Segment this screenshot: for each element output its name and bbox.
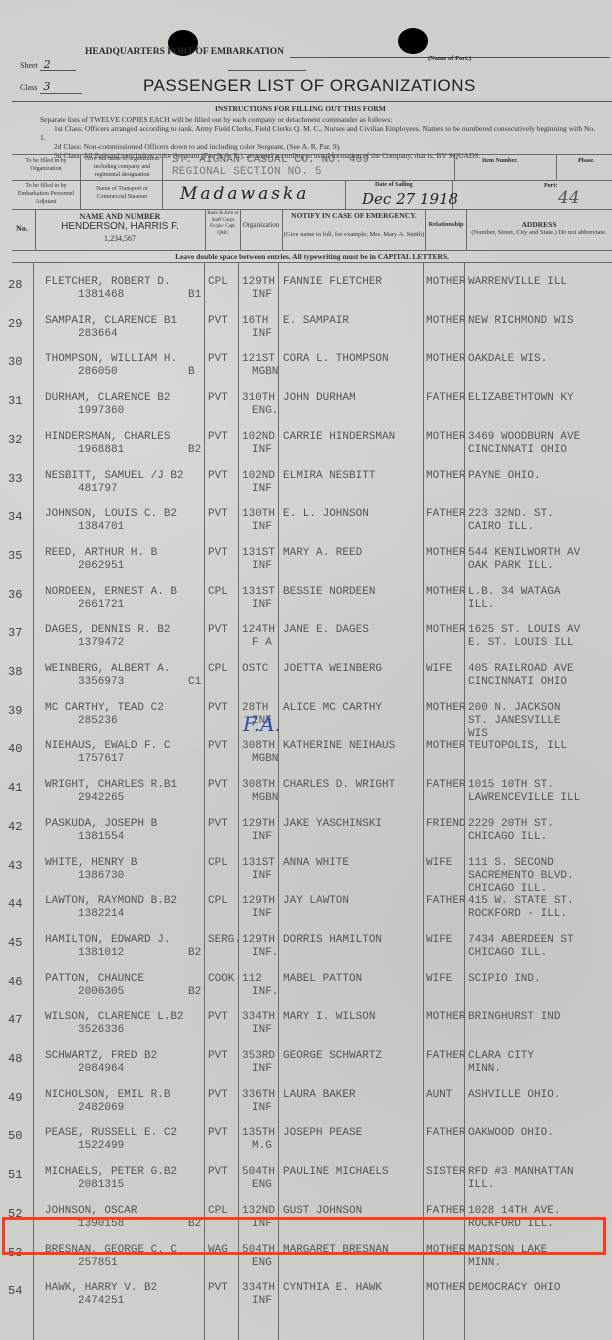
table-row: 45HAMILTON, EDWARD J.1381012B2SERG.129TH… <box>0 932 612 970</box>
service-number: 1968881 <box>78 444 124 456</box>
organization: 130TH <box>242 508 275 520</box>
row-number: 40 <box>8 742 22 756</box>
address-line1: OAKDALE WIS. <box>468 353 547 365</box>
service-number: 3526336 <box>78 1024 124 1036</box>
organization: OSTC <box>242 663 268 675</box>
rank: PVT <box>208 702 228 714</box>
address-line2: LAWRENCEVILLE ILL <box>468 792 580 804</box>
row-number: 39 <box>8 704 22 718</box>
column-rank: Rank & Arm or Staff Corps Ex'ple: Capt. … <box>206 211 240 237</box>
table-row: 54HAWK, HARRY V. B22474251PVT334THINFCYN… <box>0 1280 612 1318</box>
address-line2: CAIRO ILL. <box>468 521 534 533</box>
passenger-name: PASKUDA, JOSEPH B <box>45 818 157 830</box>
row-number: 50 <box>8 1129 22 1143</box>
service-number: 2474251 <box>78 1295 124 1307</box>
column-name-header: NAME AND NUMBER <box>36 212 204 221</box>
relationship: MOTHER <box>426 740 466 752</box>
row-number: 45 <box>8 936 22 950</box>
passenger-name: SCHWARTZ, FRED B2 <box>45 1050 157 1062</box>
org-name-label: Give full name of organization including… <box>82 155 162 179</box>
item-number-label: Item Number. <box>482 157 518 165</box>
passenger-name: NIEHAUS, EWALD F. C <box>45 740 170 752</box>
passenger-name: LAWTON, RAYMOND B.B2 <box>45 895 177 907</box>
address-line2: MINN. <box>468 1257 501 1269</box>
emergency-contact: CARRIE HINDERSMAN <box>283 431 395 443</box>
relationship: SISTER <box>426 1166 466 1178</box>
address-line2: SACREMENTO BLVD. <box>468 870 574 882</box>
column-organization: Organization <box>242 220 280 230</box>
punch-hole <box>398 28 428 54</box>
emergency-contact: MARY I. WILSON <box>283 1011 375 1023</box>
row-number: 49 <box>8 1091 22 1105</box>
address-line1: OAKWOOD OHIO. <box>468 1127 554 1139</box>
organization-branch: ENG. <box>252 405 278 417</box>
organization: 16TH <box>242 315 268 327</box>
column-relationship: Relationship <box>427 220 465 229</box>
passenger-name: REED, ARTHUR H. B <box>45 547 157 559</box>
emergency-contact: JOHN DURHAM <box>283 392 356 404</box>
emergency-contact: CORA L. THOMPSON <box>283 353 389 365</box>
row-number: 28 <box>8 278 22 292</box>
table-row: 31DURHAM, CLARENCE B21997360PVT310THENG.… <box>0 390 612 428</box>
emergency-contact: JOSEPH PEASE <box>283 1127 362 1139</box>
organization-branch: MGBN <box>252 366 278 378</box>
organization-branch: INF <box>252 870 272 882</box>
emergency-contact: PAULINE MICHAELS <box>283 1166 389 1178</box>
organization-branch: MGBN <box>252 753 278 765</box>
row-number: 36 <box>8 588 22 602</box>
organization: 132ND <box>242 1205 275 1217</box>
table-row: 51MICHAELS, PETER G.B22081315PVT504THENG… <box>0 1164 612 1202</box>
organization-branch: M.G <box>252 1140 272 1152</box>
table-row: 47WILSON, CLARENCE L.B23526336PVT334THIN… <box>0 1009 612 1047</box>
rank: CPL <box>208 586 228 598</box>
passenger-name: WEINBERG, ALBERT A. <box>45 663 170 675</box>
row-number: 54 <box>8 1284 22 1298</box>
organization: 334TH <box>242 1011 275 1023</box>
table-row: 36NORDEEN, ERNEST A. B2661721CPL131STINF… <box>0 584 612 622</box>
rank: CPL <box>208 895 228 907</box>
relationship: WIFE <box>426 663 452 675</box>
service-number: 2942265 <box>78 792 124 804</box>
organization-branch: INF <box>252 483 272 495</box>
relationship: MOTHER <box>426 1282 466 1294</box>
emergency-contact: CHARLES D. WRIGHT <box>283 779 395 791</box>
relationship: FRIEND <box>426 818 466 830</box>
organization: 129TH <box>242 934 275 946</box>
passenger-name: HAMILTON, EDWARD J. <box>45 934 170 946</box>
rank: PVT <box>208 547 228 559</box>
transport-value: Madawaska <box>180 184 309 204</box>
organization: 131ST <box>242 586 275 598</box>
service-number: 257851 <box>78 1257 118 1269</box>
footer-note: Leave double space between entries. All … <box>12 252 612 261</box>
rank: PVT <box>208 1127 228 1139</box>
rank: PVT <box>208 1166 228 1178</box>
relationship: FATHER <box>426 895 466 907</box>
row-number: 47 <box>8 1013 22 1027</box>
service-number: 2482069 <box>78 1102 124 1114</box>
rank: PVT <box>208 624 228 636</box>
organization-branch: MGBN <box>252 792 278 804</box>
relationship: WIFE <box>426 857 452 869</box>
port-value: 44 <box>558 188 580 208</box>
address-line1: 544 KENILWORTH AV <box>468 547 580 559</box>
table-row: 44LAWTON, RAYMOND B.B21382214CPL129THINF… <box>0 893 612 931</box>
address-line2: CINCINNATI OHIO <box>468 676 567 688</box>
table-row: 30THOMPSON, WILLIAM H.286050BPVT121STMGB… <box>0 351 612 389</box>
service-number: 1382214 <box>78 908 124 920</box>
row-number: 30 <box>8 355 22 369</box>
organization: 112 <box>242 973 262 985</box>
organization-branch: INF <box>252 599 272 611</box>
table-row: 41WRIGHT, CHARLES R.B12942265PVT308THMGB… <box>0 777 612 815</box>
service-number: 2084964 <box>78 1063 124 1075</box>
column-address-note: (Number, Street, City and State.) Do not… <box>468 229 610 237</box>
address-line2: ROCKFORD - ILL. <box>468 908 567 920</box>
organization-branch: INF. <box>252 947 278 959</box>
service-number: 1386730 <box>78 870 124 882</box>
emergency-contact: CYNTHIA E. HAWK <box>283 1282 382 1294</box>
passenger-class: B2 <box>188 986 201 998</box>
column-notify-example: (Give name in full, for example; Mrs. Ma… <box>283 231 425 239</box>
instruction-line: 2d Class: Non-commissioned Officers down… <box>40 142 600 151</box>
passenger-name: DAGES, DENNIS R. B2 <box>45 624 170 636</box>
table-row: 39MC CARTHY, TEAD C2285236PVT28THINFALIC… <box>0 700 612 738</box>
rank: PVT <box>208 1282 228 1294</box>
row-number: 51 <box>8 1168 22 1182</box>
service-number: 283664 <box>78 328 118 340</box>
table-row: 28FLETCHER, ROBERT D.1381468B1CPL129THIN… <box>0 274 612 312</box>
organization: 308TH <box>242 779 275 791</box>
address-line2: ILL. <box>468 599 494 611</box>
service-number: 3356973 <box>78 676 124 688</box>
organization: 131ST <box>242 857 275 869</box>
organization-branch: INF <box>252 328 272 340</box>
headquarters-heading: HEADQUARTERS PORT OF EMBARKATION <box>85 47 284 57</box>
date-of-sailing-label: Date of Sailing <box>375 181 413 189</box>
address-line1: 1028 14TH AVE. <box>468 1205 560 1217</box>
address-line1: 405 RAILROAD AVE <box>468 663 574 675</box>
table-row: 46PATTON, CHAUNCE2006305B2COOK112INF.MAB… <box>0 971 612 1009</box>
row-number: 34 <box>8 510 22 524</box>
passenger-name: NORDEEN, ERNEST A. B <box>45 586 177 598</box>
rank: PVT <box>208 1050 228 1062</box>
instruction-line: 1st Class: Officers arranged according t… <box>40 124 600 142</box>
service-number: 1381012 <box>78 947 124 959</box>
passenger-name: WHITE, HENRY B <box>45 857 137 869</box>
rank: CPL <box>208 663 228 675</box>
class-value: 3 <box>43 80 50 93</box>
rank: PVT <box>208 818 228 830</box>
emergency-contact: ALICE MC CARTHY <box>283 702 382 714</box>
name-of-port-label: (Name of Port.) <box>428 55 471 62</box>
org-name-line1: ST. AIGNAN CASUAL CO. NO. 409 <box>172 154 369 166</box>
organization-branch: ENG <box>252 1257 272 1269</box>
organization-branch: INF <box>252 908 272 920</box>
organization-branch: INF <box>252 831 272 843</box>
relationship: FATHER <box>426 1205 466 1217</box>
address-line1: NEW RICHMOND WIS <box>468 315 574 327</box>
table-row: 33NESBITT, SAMUEL /J B2481797PVT102NDINF… <box>0 468 612 506</box>
organization-branch: INF <box>252 289 272 301</box>
instructions-heading: INSTRUCTIONS FOR FILLING OUT THIS FORM <box>215 104 386 113</box>
emergency-contact: E. L. JOHNSON <box>283 508 369 520</box>
service-number: 1522499 <box>78 1140 124 1152</box>
rank: PVT <box>208 392 228 404</box>
passenger-name: MC CARTHY, TEAD C2 <box>45 702 164 714</box>
organization-branch: INF <box>252 1102 272 1114</box>
phase-label: Phase. <box>578 157 595 165</box>
table-row: 38WEINBERG, ALBERT A.3356973C1CPLOSTCJOE… <box>0 661 612 699</box>
address-line1: 111 S. SECOND <box>468 857 554 869</box>
rank: PVT <box>208 353 228 365</box>
organization: 129TH <box>242 818 275 830</box>
address-line2: ST. JANESVILLE <box>468 715 560 727</box>
address-line1: DEMOCRACY OHIO <box>468 1282 560 1294</box>
emergency-contact: JANE E. DAGES <box>283 624 369 636</box>
date-of-sailing-value: Dec 27 1918 <box>362 190 458 208</box>
passenger-class: C1 <box>188 676 201 688</box>
address-line2: ILL. <box>468 1179 494 1191</box>
address-line1: TEUTOPOLIS, ILL <box>468 740 567 752</box>
passenger-class: B1 <box>188 289 201 301</box>
row-number: 44 <box>8 897 22 911</box>
table-row: 49NICHOLSON, EMIL R.B2482069PVT336THINFL… <box>0 1087 612 1125</box>
table-row: 35REED, ARTHUR H. B2062951PVT131STINFMAR… <box>0 545 612 583</box>
instruction-line: Separate lists of TWELVE COPIES EACH wil… <box>40 115 600 124</box>
passenger-name: SAMPAIR, CLARENCE B1 <box>45 315 177 327</box>
address-line1: 3469 WOODBURN AVE <box>468 431 580 443</box>
emergency-contact: MARY A. REED <box>283 547 362 559</box>
passenger-name: JOHNSON, OSCAR <box>45 1205 137 1217</box>
table-row: 43WHITE, HENRY B1386730CPL131STINFANNA W… <box>0 855 612 893</box>
address-line1: 1015 10TH ST. <box>468 779 554 791</box>
emergency-contact: ANNA WHITE <box>283 857 349 869</box>
organization: 135TH <box>242 1127 275 1139</box>
table-row: 34JOHNSON, LOUIS C. B21384701PVT130THINF… <box>0 506 612 544</box>
relationship: MOTHER <box>426 547 466 559</box>
filled-by-embark-label: To be filled in by Embarkation Personnel… <box>14 182 78 206</box>
row-number: 29 <box>8 317 22 331</box>
relationship: AUNT <box>426 1089 452 1101</box>
address-line1: ELIZABETHTOWN KY <box>468 392 574 404</box>
organization-branch: INF <box>252 444 272 456</box>
passenger-name: PEASE, RUSSELL E. C2 <box>45 1127 177 1139</box>
address-line1: L.B. 34 WATAGA <box>468 586 560 598</box>
relationship: MOTHER <box>426 624 466 636</box>
address-line1: PAYNE OHIO. <box>468 470 541 482</box>
relationship: MOTHER <box>426 470 466 482</box>
organization: 336TH <box>242 1089 275 1101</box>
passenger-name: NICHOLSON, EMIL R.B <box>45 1089 170 1101</box>
service-number: 2062951 <box>78 560 124 572</box>
rank: PVT <box>208 779 228 791</box>
column-name-example: HENDERSON, HARRIS F. <box>36 221 204 232</box>
organization: 310TH <box>242 392 275 404</box>
service-number: 1381554 <box>78 831 124 843</box>
organization: 353RD <box>242 1050 275 1062</box>
address-line2: E. ST. LOUIS ILL <box>468 637 574 649</box>
passenger-class: B <box>188 366 195 378</box>
service-number: 2661721 <box>78 599 124 611</box>
table-row: 50PEASE, RUSSELL E. C21522499PVT135THM.G… <box>0 1125 612 1163</box>
organization-branch: INF <box>252 1063 272 1075</box>
passenger-name: JOHNSON, LOUIS C. B2 <box>45 508 177 520</box>
table-row: 48SCHWARTZ, FRED B22084964PVT353RDINFGEO… <box>0 1048 612 1086</box>
relationship: FATHER <box>426 392 466 404</box>
service-number: 1384701 <box>78 521 124 533</box>
rank: PVT <box>208 431 228 443</box>
relationship: MOTHER <box>426 586 466 598</box>
margin-note: F.A. <box>243 712 281 736</box>
column-no: No. <box>16 224 28 233</box>
column-number-example: 1,234,567 <box>36 234 204 243</box>
row-number: 33 <box>8 472 22 486</box>
organization: 121ST <box>242 353 275 365</box>
rank: PVT <box>208 1089 228 1101</box>
address-line2: CINCINNATI OHIO <box>468 444 567 456</box>
rank: PVT <box>208 315 228 327</box>
relationship: FATHER <box>426 1050 466 1062</box>
organization: 102ND <box>242 431 275 443</box>
filled-by-org-label: To be filled in by Organization <box>14 157 78 173</box>
passenger-name: HINDERSMAN, CHARLES <box>45 431 170 443</box>
passenger-list-document: Sheet 2 Class 3 HEADQUARTERS PORT OF EMB… <box>0 0 612 1340</box>
organization: 504TH <box>242 1166 275 1178</box>
address-line1: BRINGHURST IND <box>468 1011 560 1023</box>
address-line1: ASHVILLE OHIO. <box>468 1089 560 1101</box>
passenger-name: DURHAM, CLARENCE B2 <box>45 392 170 404</box>
rank: SERG. <box>208 934 241 946</box>
relationship: FATHER <box>426 508 466 520</box>
organization: 131ST <box>242 547 275 559</box>
highlighted-row-box <box>2 1217 606 1255</box>
organization: 129TH <box>242 276 275 288</box>
address-line1: CLARA CITY <box>468 1050 534 1062</box>
passenger-name: WRIGHT, CHARLES R.B1 <box>45 779 177 791</box>
emergency-contact: GUST JOHNSON <box>283 1205 362 1217</box>
emergency-contact: DORRIS HAMILTON <box>283 934 382 946</box>
emergency-contact: KATHERINE NEIHAUS <box>283 740 395 752</box>
address-line1: RFD #3 MANHATTAN <box>468 1166 574 1178</box>
class-label: Class 3 <box>20 80 50 93</box>
passenger-name: NESBITT, SAMUEL /J B2 <box>45 470 184 482</box>
service-number: 2006305 <box>78 986 124 998</box>
service-number: 2081315 <box>78 1179 124 1191</box>
passenger-class: B2 <box>188 444 201 456</box>
table-row: 42PASKUDA, JOSEPH B1381554PVT129THINFJAK… <box>0 816 612 854</box>
service-number: 481797 <box>78 483 118 495</box>
relationship: MOTHER <box>426 353 466 365</box>
column-address-header: ADDRESS <box>468 220 610 229</box>
table-row: 29SAMPAIR, CLARENCE B1283664PVT16THINFE.… <box>0 313 612 351</box>
organization-branch: INF <box>252 1024 272 1036</box>
rank: PVT <box>208 740 228 752</box>
emergency-contact: JAY LAWTON <box>283 895 349 907</box>
table-row: 32HINDERSMAN, CHARLES1968881B2PVT102NDIN… <box>0 429 612 467</box>
service-number: 286050 <box>78 366 118 378</box>
row-number: 31 <box>8 394 22 408</box>
emergency-contact: GEORGE SCHWARTZ <box>283 1050 382 1062</box>
emergency-contact: JAKE YASCHINSKI <box>283 818 382 830</box>
relationship: MOTHER <box>426 431 466 443</box>
relationship: MOTHER <box>426 276 466 288</box>
org-name-line2: REGIONAL SECTION NO. 5 <box>172 166 322 178</box>
rank: CPL <box>208 276 228 288</box>
passenger-name: PATTON, CHAUNCE <box>45 973 144 985</box>
emergency-contact: E. SAMPAIR <box>283 315 349 327</box>
organization-branch: F A <box>252 637 272 649</box>
passenger-name: FLETCHER, ROBERT D. <box>45 276 170 288</box>
address-line1: 7434 ABERDEEN ST <box>468 934 574 946</box>
organization-branch: INF <box>252 560 272 572</box>
relationship: FATHER <box>426 1127 466 1139</box>
rank: PVT <box>208 470 228 482</box>
address-line1: 223 32ND. ST. <box>468 508 554 520</box>
organization-branch: INF <box>252 521 272 533</box>
organization: 102ND <box>242 470 275 482</box>
row-number: 41 <box>8 781 22 795</box>
address-line1: WARRENVILLE ILL <box>468 276 567 288</box>
emergency-contact: FANNIE FLETCHER <box>283 276 382 288</box>
emergency-contact: BESSIE NORDEEN <box>283 586 375 598</box>
row-number: 35 <box>8 549 22 563</box>
organization: 129TH <box>242 895 275 907</box>
table-row: 37DAGES, DENNIS R. B21379472PVT124THF AJ… <box>0 622 612 660</box>
organization: 308TH <box>242 740 275 752</box>
column-notify-header: NOTIFY IN CASE OF EMERGENCY. <box>283 211 425 220</box>
rank: PVT <box>208 1011 228 1023</box>
address-line1: 1625 ST. LOUIS AV <box>468 624 580 636</box>
relationship: MOTHER <box>426 702 466 714</box>
address-line2: CHICAGO ILL. <box>468 947 547 959</box>
relationship: MOTHER <box>426 1011 466 1023</box>
passenger-name: HAWK, HARRY V. B2 <box>45 1282 157 1294</box>
address-line1: 200 N. JACKSON <box>468 702 560 714</box>
port-label: Port: <box>544 182 557 190</box>
row-number: 46 <box>8 975 22 989</box>
rank: PVT <box>208 508 228 520</box>
organization-branch: INF <box>252 1295 272 1307</box>
organization: 334TH <box>242 1282 275 1294</box>
row-number: 37 <box>8 626 22 640</box>
rank: CPL <box>208 857 228 869</box>
table-row: 40NIEHAUS, EWALD F. C1757617PVT308THMGBN… <box>0 738 612 776</box>
service-number: 1379472 <box>78 637 124 649</box>
row-number: 38 <box>8 665 22 679</box>
passenger-class: B2 <box>188 947 201 959</box>
address-line1: 415 W. STATE ST. <box>468 895 574 907</box>
emergency-contact: JOETTA WEINBERG <box>283 663 382 675</box>
emergency-contact: LAURA BAKER <box>283 1089 356 1101</box>
service-number: 1997360 <box>78 405 124 417</box>
row-number: 48 <box>8 1052 22 1066</box>
relationship: FATHER <box>426 779 466 791</box>
emergency-contact: ELMIRA NESBITT <box>283 470 375 482</box>
transport-label: Name of Transport or Commercial Steamer <box>84 185 160 201</box>
organization: 124TH <box>242 624 275 636</box>
passenger-name: THOMPSON, WILLIAM H. <box>45 353 177 365</box>
emergency-contact: MABEL PATTON <box>283 973 362 985</box>
address-line1: 2229 20TH ST. <box>468 818 554 830</box>
service-number: 1757617 <box>78 753 124 765</box>
row-number: 43 <box>8 859 22 873</box>
passenger-name: MICHAELS, PETER G.B2 <box>45 1166 177 1178</box>
service-number: 285236 <box>78 715 118 727</box>
row-number: 32 <box>8 433 22 447</box>
organization-branch: ENG <box>252 1179 272 1191</box>
